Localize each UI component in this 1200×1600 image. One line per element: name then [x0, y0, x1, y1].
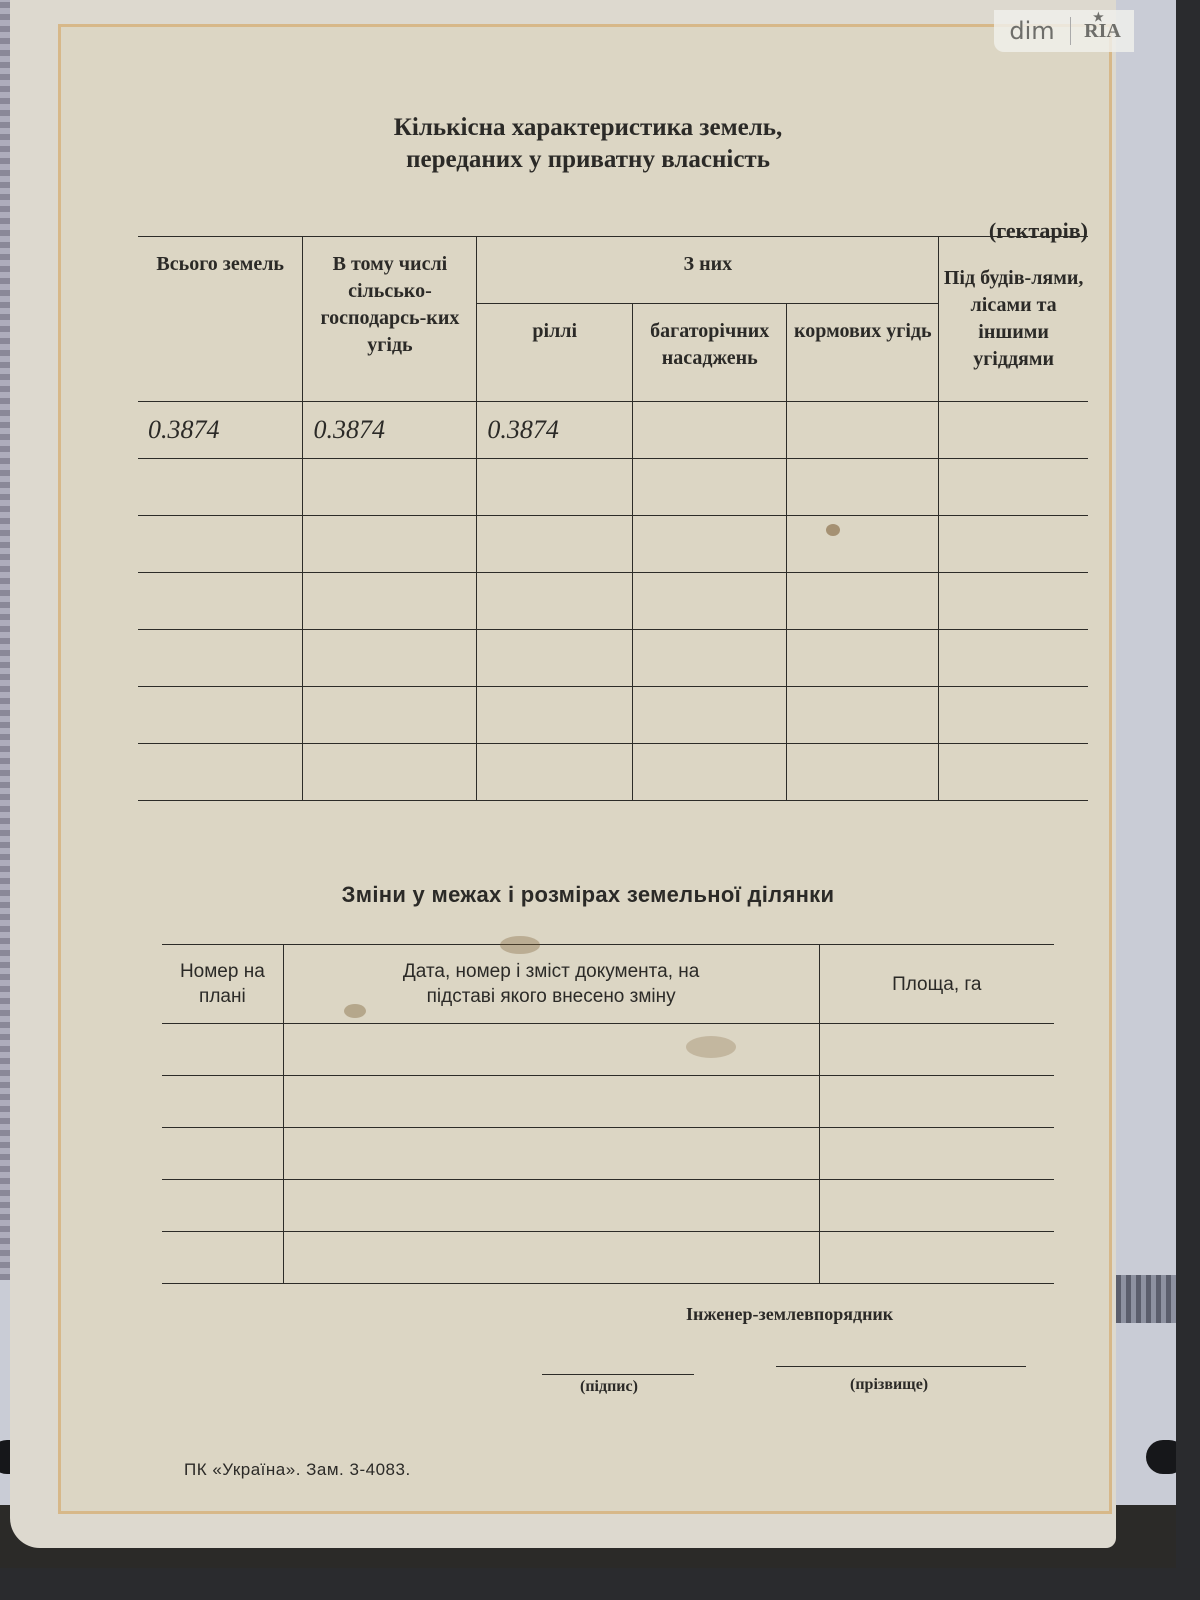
binder-hole-right: [1146, 1440, 1176, 1474]
cell-agricultural: 0.3874: [303, 402, 477, 459]
header-arable: ріллі: [477, 304, 633, 402]
table-row: [138, 459, 1088, 516]
table-row: [138, 687, 1088, 744]
printer-imprint: ПК «Україна». Зам. 3-4083.: [184, 1460, 411, 1480]
signature-line: [542, 1374, 694, 1375]
signature-label: (підпис): [580, 1378, 638, 1396]
ink-stain: [686, 1036, 736, 1058]
watermark-ria: ★ RIA: [1071, 20, 1134, 43]
header-area: Площа, га: [819, 945, 1054, 1024]
binder-sleeve-right: [1116, 1275, 1176, 1323]
header-of-which: З них: [477, 237, 939, 304]
table-row: [138, 630, 1088, 687]
boundary-changes-table: Номер на плані Дата, номер і зміст докум…: [162, 944, 1054, 1284]
watermark-dim: dim: [994, 17, 1071, 45]
surname-line: [776, 1366, 1026, 1367]
land-characteristics-table: Всього земель В тому числі сільсько-госп…: [138, 236, 1088, 801]
cell-total: 0.3874: [138, 402, 303, 459]
table-row: [162, 1128, 1054, 1180]
header-total: Всього земель: [138, 237, 303, 402]
section1-title: Кількісна характеристика земель, передан…: [0, 112, 1176, 176]
star-icon: ★: [1093, 10, 1104, 25]
header-fodder: кормових угідь: [787, 304, 939, 402]
cell-buildings: [939, 402, 1088, 459]
table-header-row: Всього земель В тому числі сільсько-госп…: [138, 237, 1088, 304]
table-row: [162, 1076, 1054, 1128]
header-plan-number: Номер на плані: [162, 945, 283, 1024]
dimria-watermark: dim ★ RIA: [994, 10, 1134, 52]
surname-label: (прізвище): [850, 1376, 928, 1394]
engineer-role-label: Інженер-землевпорядник: [686, 1304, 893, 1325]
table-row: [138, 744, 1088, 801]
ink-stain: [500, 936, 540, 954]
table-row: [162, 1232, 1054, 1284]
table-row: [138, 516, 1088, 573]
ink-stain: [826, 524, 840, 536]
header-buildings-forests: Під будів-лями, лісами та іншими угіддям…: [939, 237, 1088, 402]
ink-stain: [344, 1004, 366, 1018]
section2-title: Зміни у межах і розмірах земельної ділян…: [0, 882, 1176, 908]
table-header-row: Номер на плані Дата, номер і зміст докум…: [162, 945, 1054, 1024]
cell-perennial: [633, 402, 787, 459]
header-perennial: багаторічних насаджень: [633, 304, 787, 402]
table-row: [138, 573, 1088, 630]
cell-arable: 0.3874: [477, 402, 633, 459]
cell-fodder: [787, 402, 939, 459]
table-row: [162, 1024, 1054, 1076]
table-row: [162, 1180, 1054, 1232]
table-row: 0.3874 0.3874 0.3874: [138, 402, 1088, 459]
header-agricultural: В тому числі сільсько-господарсь-ких угі…: [303, 237, 477, 402]
